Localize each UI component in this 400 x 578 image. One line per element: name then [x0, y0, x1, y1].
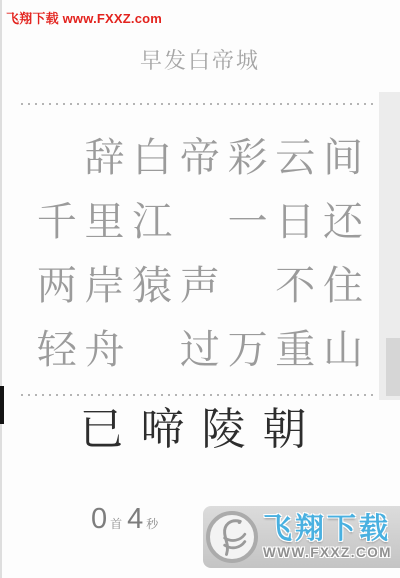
time-unit: 秒: [146, 515, 158, 532]
poem-char: 日: [271, 190, 319, 254]
poem-char: 白: [128, 126, 176, 190]
poem-char: 一: [224, 190, 272, 254]
poem-char: 彩: [224, 126, 272, 190]
candidate-tile[interactable]: 已: [80, 404, 124, 456]
candidate-tile[interactable]: 陵: [202, 404, 246, 456]
stats-bar: 0 首 4 秒: [91, 503, 163, 536]
poem-char: 云: [271, 126, 319, 190]
blank-slot[interactable]: [176, 190, 224, 254]
poem-line-4: 轻 舟 过 万 重 山: [33, 318, 367, 382]
score-unit: 首: [110, 515, 122, 532]
fxxz-dragon-logo-icon: [206, 511, 258, 563]
poem-char: 江: [128, 190, 176, 254]
poem-char: 重: [271, 318, 319, 382]
poem-char: 辞: [81, 126, 129, 190]
site-watermark-top: 飞翔下载 www.FXXZ.com: [6, 8, 162, 27]
poem-char: 轻: [33, 318, 81, 382]
brand-url: WWW.FXXZ.COM: [263, 545, 392, 560]
poem-line-2: 千 里 江 一 日 还: [33, 190, 367, 254]
time-value: 4: [127, 503, 143, 536]
screen-edge-artifact: [0, 0, 2, 578]
candidate-row: 已 啼 陵 朝: [0, 404, 393, 456]
poem-char: 里: [81, 190, 129, 254]
candidate-tile[interactable]: 朝: [263, 404, 307, 456]
poem-char: 猿: [128, 254, 176, 318]
app-screen: 飞翔下载 www.FXXZ.com 早发白帝城 辞 白 帝 彩 云 间 千 里 …: [0, 0, 400, 578]
poem-char: 舟: [81, 318, 129, 382]
poem-char: 声: [176, 254, 224, 318]
poem-char: 千: [33, 190, 81, 254]
poem-char: 还: [319, 190, 367, 254]
blank-slot[interactable]: [128, 318, 176, 382]
brand-name: 飞翔下载: [263, 514, 392, 544]
site-watermark-bottom: 飞翔下载 WWW.FXXZ.COM: [203, 506, 400, 568]
poem-line-1: 辞 白 帝 彩 云 间: [33, 126, 367, 190]
score-value: 0: [91, 503, 107, 536]
blank-slot[interactable]: [224, 254, 272, 318]
poem-char: 住: [319, 254, 367, 318]
page-title: 早发白帝城: [0, 44, 400, 75]
poem-char: 间: [319, 126, 367, 190]
poem-char: 帝: [176, 126, 224, 190]
poem-char: 山: [319, 318, 367, 382]
candidate-tile[interactable]: 啼: [141, 404, 185, 456]
poem-line-3: 两 岸 猿 声 不 住: [33, 254, 367, 318]
dotted-divider-top: [21, 103, 378, 105]
poem-char: 过: [176, 318, 224, 382]
blank-slot[interactable]: [33, 126, 81, 190]
poem-char: 万: [224, 318, 272, 382]
poem-char: 岸: [81, 254, 129, 318]
poem-char: 不: [271, 254, 319, 318]
dotted-divider-bottom: [21, 394, 378, 396]
screen-edge-artifact: [386, 338, 400, 396]
brand-text-block: 飞翔下载 WWW.FXXZ.COM: [263, 514, 392, 560]
poem-char: 两: [33, 254, 81, 318]
poem-board: 辞 白 帝 彩 云 间 千 里 江 一 日 还 两 岸 猿 声 不 住 轻 舟: [33, 126, 367, 382]
